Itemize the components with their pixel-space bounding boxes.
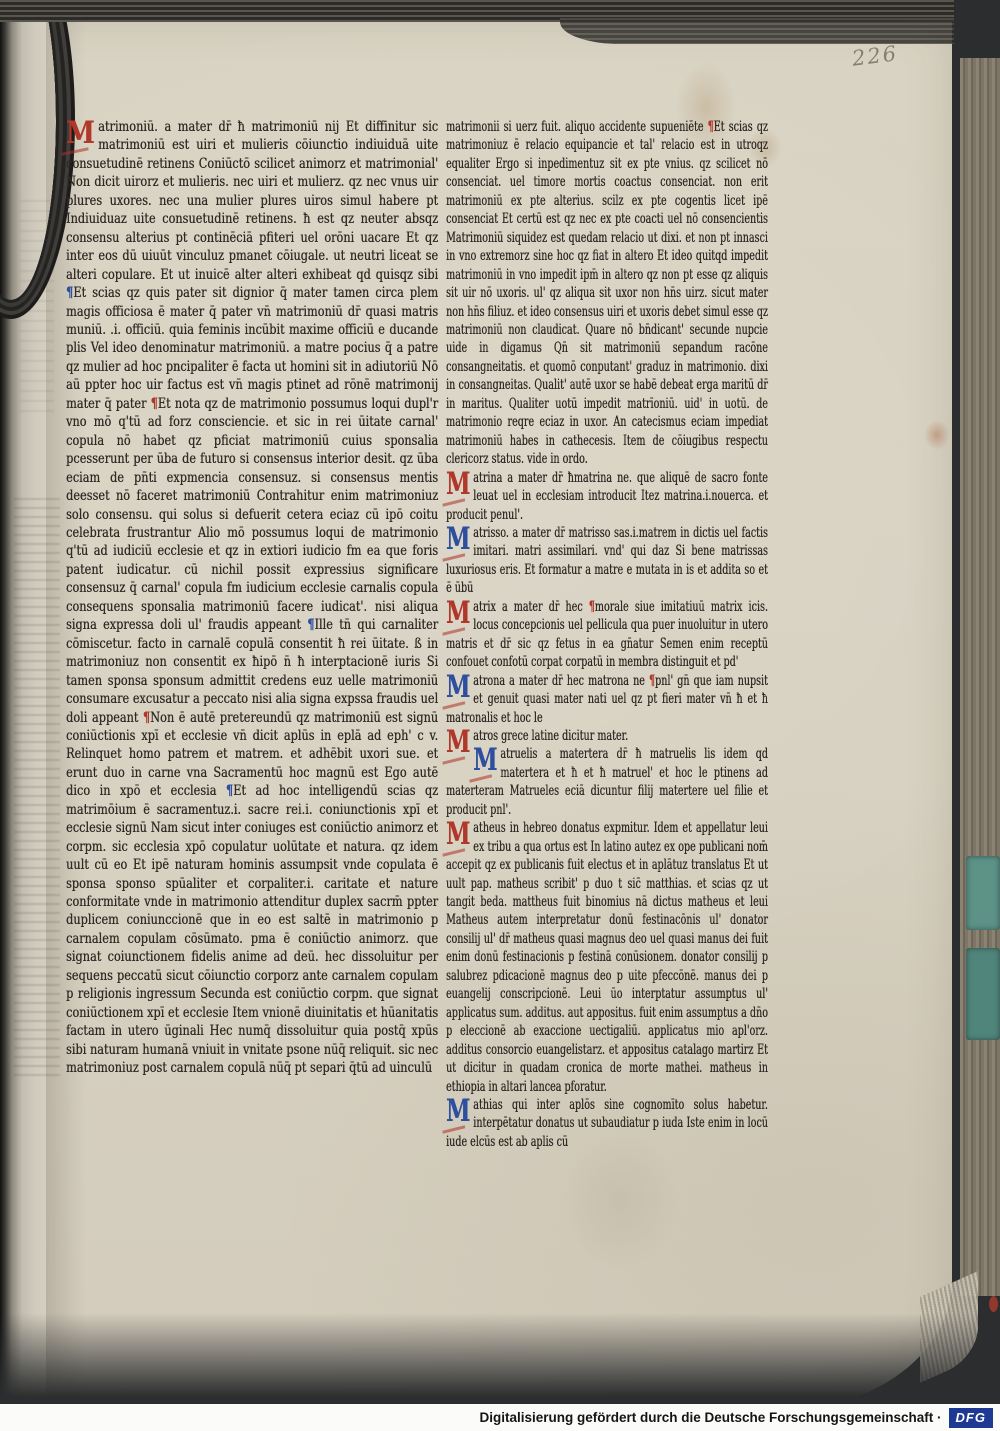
index-tab	[966, 948, 1000, 1040]
text-run: athias qui inter aplōs sine cognomīto so…	[446, 1097, 768, 1150]
page-edge-stack	[960, 58, 1000, 1296]
dfg-credit-bar: Digitalisierung gefördert durch die Deut…	[0, 1404, 1000, 1431]
manuscript-paragraph: Matrimoniū. a mater dr̄ ħ matrimoniū nij…	[66, 118, 438, 1078]
text-run: atheus in hebreo donatus expmitur. Idem …	[446, 820, 768, 1094]
illuminated-initial: M	[66, 118, 95, 154]
illuminated-initial: M	[446, 598, 470, 634]
text-column-right: matrimonii si uerz fuit. aliquo accident…	[446, 118, 768, 1151]
pilcrow-mark: ¶	[66, 285, 73, 301]
text-run: atrona a mater dr̄ hec matrona ne	[473, 673, 649, 689]
illuminated-initial: M	[446, 469, 470, 505]
dfg-credit-text: Digitalisierung gefördert durch die Deut…	[479, 1410, 941, 1425]
manuscript-paragraph: Matrisso. a mater dr̄ matrisso sas.i.mat…	[446, 524, 768, 598]
manuscript-paragraph: Matrix a mater dr̄ hec ¶morale siue imit…	[446, 598, 768, 672]
manuscript-scan: 226 Matrimoniū. a mater dr̄ ħ matrimoniū…	[0, 0, 1000, 1431]
text-run: atrina a mater dr̄ ħmatrina ne. que aliq…	[446, 470, 768, 523]
top-page-edges	[560, 18, 1000, 44]
text-run: Et nota qz de matrimonio possumus loqui …	[66, 396, 438, 633]
text-run: Et scias qz quis pater sit dignior q̄ ma…	[66, 285, 438, 412]
illuminated-initial: M	[473, 745, 497, 781]
text-column-left: Matrimoniū. a mater dr̄ ħ matrimoniū nij…	[66, 118, 438, 1078]
illuminated-initial: M	[446, 727, 470, 763]
manuscript-paragraph: Mathias qui inter aplōs sine cognomīto s…	[446, 1096, 768, 1151]
bottom-shadow	[0, 1274, 1000, 1404]
manuscript-paragraph: matrimonii si uerz fuit. aliquo accident…	[446, 118, 768, 469]
fore-edge	[954, 0, 1000, 1431]
manuscript-paragraph: Matrina a mater dr̄ ħmatrina ne. que ali…	[446, 469, 768, 524]
manuscript-paragraph: Matrona a mater dr̄ hec matrona ne ¶pnl'…	[446, 672, 768, 727]
text-run: atrix a mater dr̄ hec	[473, 599, 589, 615]
text-run: atrisso. a mater dr̄ matrisso sas.i.matr…	[446, 525, 768, 596]
index-tab	[966, 856, 1000, 930]
illuminated-initial: M	[446, 819, 470, 855]
text-run: atrimoniū. a mater dr̄ ħ matrimoniū nij …	[66, 119, 438, 283]
pilcrow-mark: ¶	[151, 396, 158, 412]
text-run: Et ad hoc intelligendū scias qz matrimōi…	[66, 783, 438, 1076]
manuscript-paragraph: Matheus in hebreo donatus expmitur. Idem…	[446, 819, 768, 1096]
illuminated-initial: M	[446, 672, 470, 708]
text-run: Et scias qz matrimoniuz ē relacio equipa…	[446, 119, 768, 467]
bleed-through-text	[14, 498, 60, 1078]
text-run: matrimonii si uerz fuit. aliquo accident…	[446, 119, 708, 135]
bleed-through-text	[20, 200, 54, 420]
dfg-logo: DFG	[949, 1408, 993, 1428]
manuscript-paragraph: Matruelis a matertera dr̄ ħ matruelis li…	[446, 745, 768, 819]
illuminated-initial: M	[446, 1096, 470, 1132]
illuminated-initial: M	[446, 524, 470, 560]
